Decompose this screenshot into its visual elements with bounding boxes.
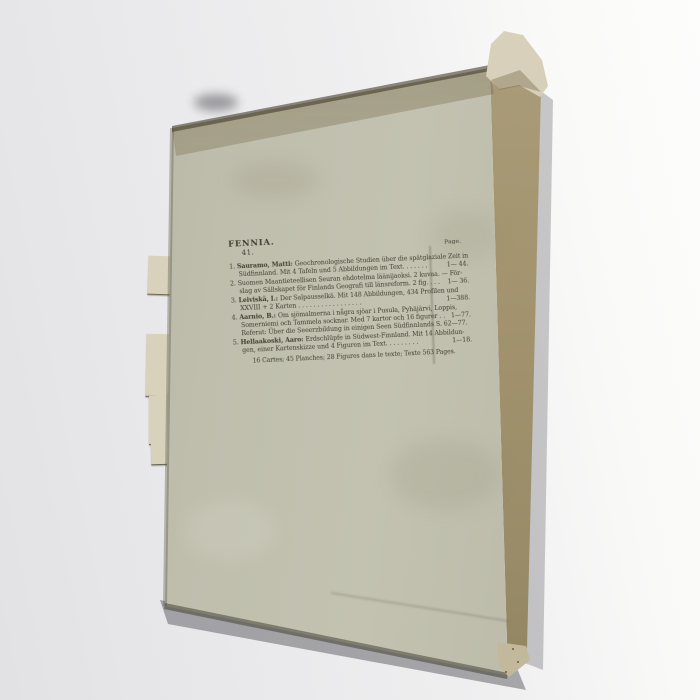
photo-background: FENNIA. 41. Page. 1. Sauramo, Matti: Geo… [0,0,700,700]
page-column-header: Page. [444,239,461,246]
entry-page-number: 1—18. [452,336,472,345]
cover-stain [230,160,320,200]
wear-speck [517,661,519,663]
entry-page-number: 1—388. [446,294,470,303]
wear-speck [512,648,514,650]
book-topleft-shadow [194,94,238,111]
entry-page-number: 1— 44. [447,260,469,269]
toc-entries: 1. Sauramo, Matti: Geochronologische Stu… [223,252,480,356]
wear-speck [505,671,507,673]
cover-stain [185,500,275,560]
cover-stain [390,440,500,510]
entry-page-number: 1— 36. [447,277,469,286]
table-of-contents: FENNIA. 41. Page. 1. Sauramo, Matti: Geo… [222,228,481,366]
